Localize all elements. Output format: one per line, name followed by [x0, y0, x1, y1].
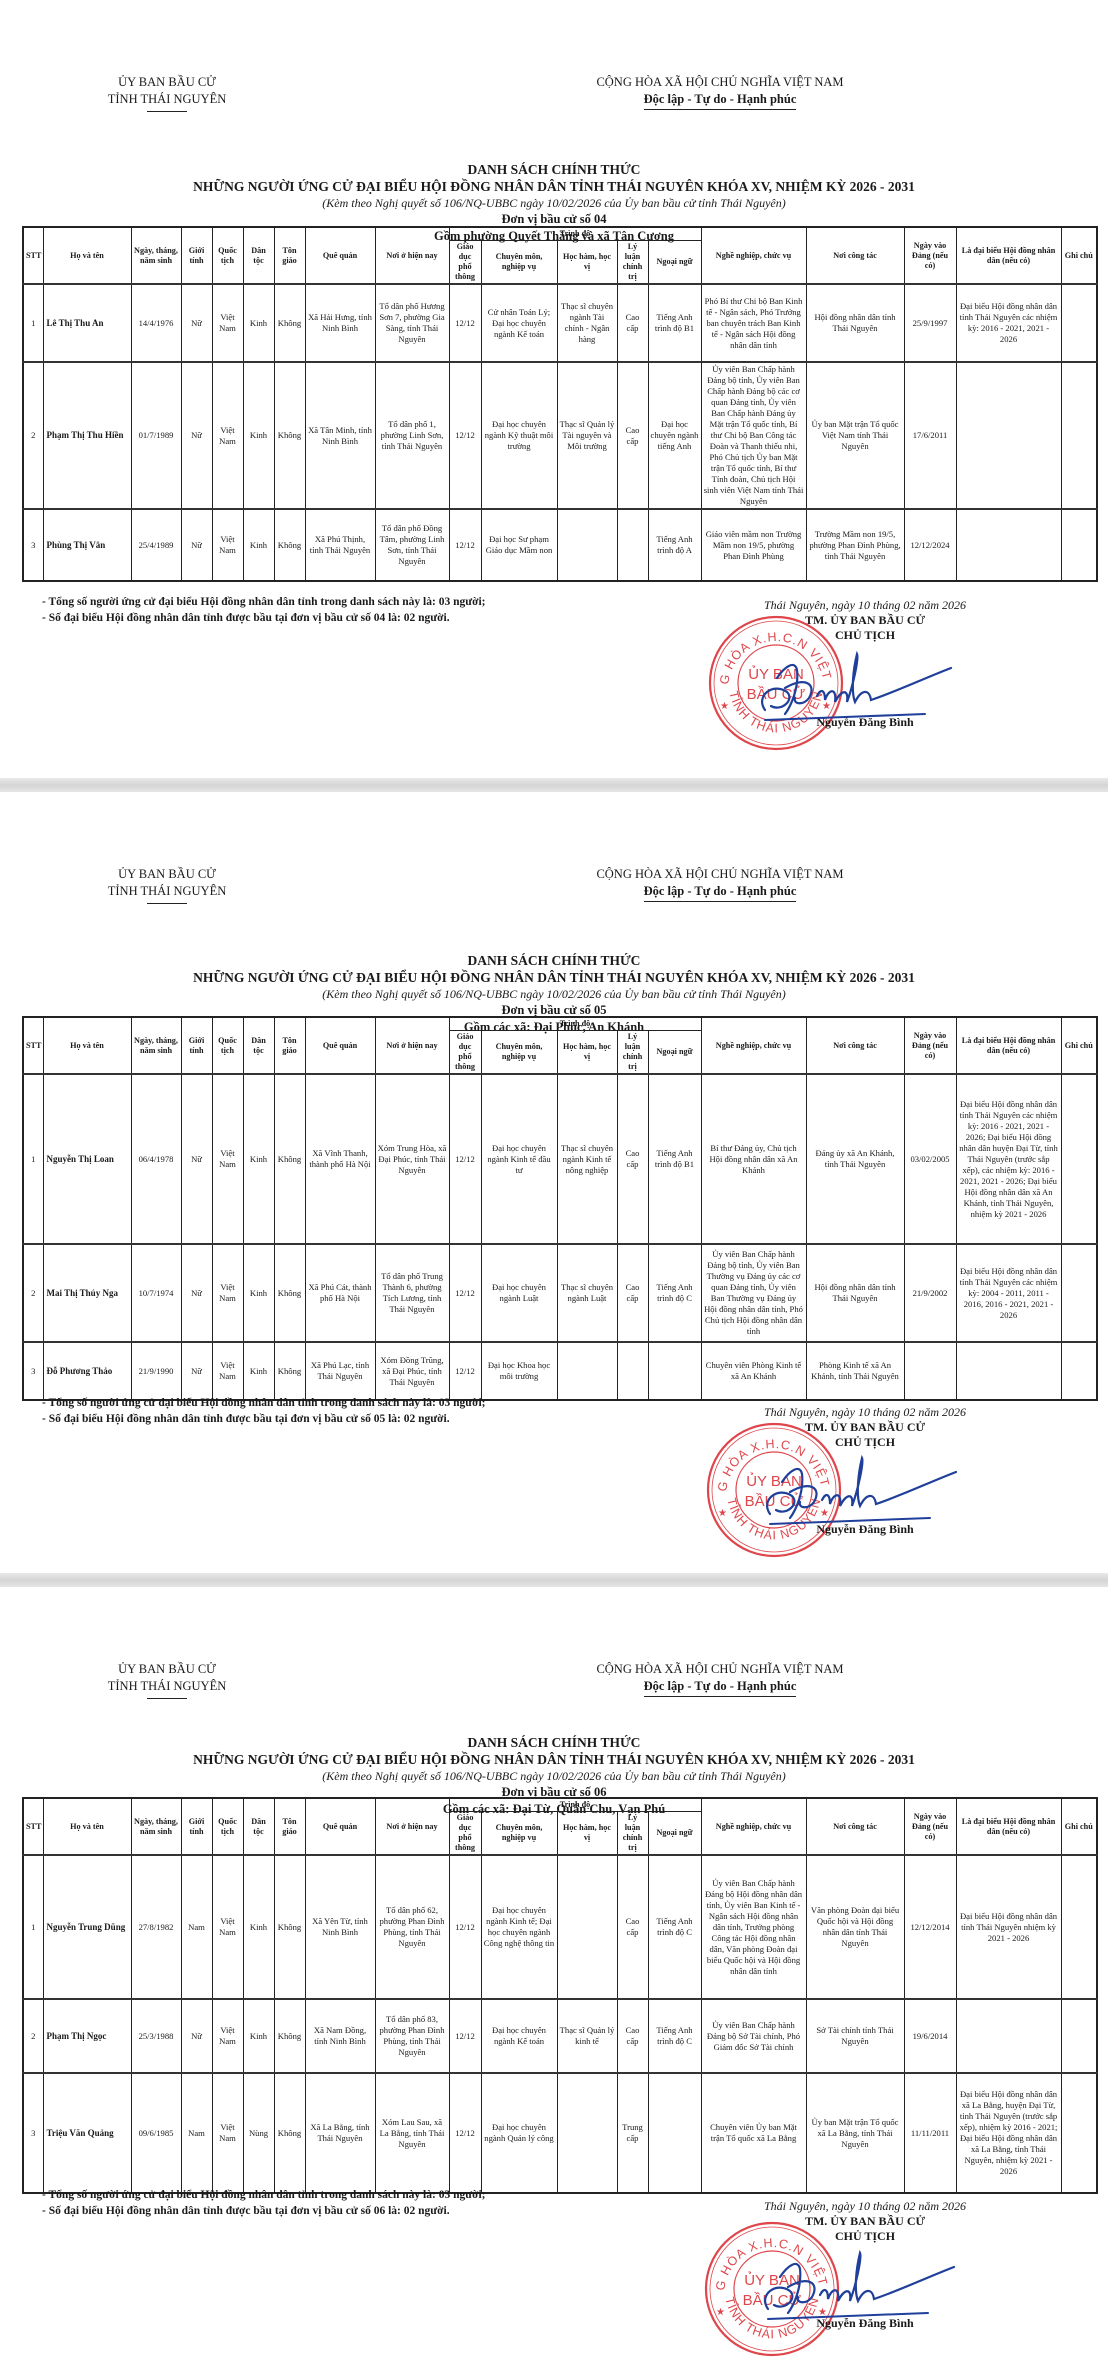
cell-general-edu: 12/12 — [449, 284, 481, 362]
cell-gender: Nữ — [181, 284, 212, 362]
col-nationality: Quốc tịch — [212, 1017, 243, 1074]
cell-note — [1061, 362, 1097, 509]
issuing-authority: ỦY BAN BẦU CỬ TỈNH THÁI NGUYÊN — [62, 74, 272, 108]
col-ethnicity: Dân tộc — [243, 1798, 274, 1855]
cell-gender: Nam — [181, 2073, 212, 2193]
cell-general-edu: 12/12 — [449, 1999, 481, 2073]
cell-hometown: Xã Vĩnh Thanh, thành phố Hà Nội — [305, 1074, 375, 1244]
cell-degree — [557, 509, 617, 581]
cell-residence: Xóm Đồng Trũng, xã Đại Phúc, tỉnh Thái N… — [375, 1342, 449, 1400]
cell-ethnicity: Nùng — [243, 2073, 274, 2193]
cell-party-date — [904, 1342, 956, 1400]
col-nationality: Quốc tịch — [212, 227, 243, 284]
cell-note — [1061, 509, 1097, 581]
cell-general-edu: 12/12 — [449, 1074, 481, 1244]
cell-residence: Tổ dân phố Trung Thành 6, phường Tích Lư… — [375, 1244, 449, 1342]
col-language: Ngoại ngữ — [648, 241, 701, 285]
document-viewer: ỦY BAN BẦU CỬ TỈNH THÁI NGUYÊN CỘNG HÒA … — [0, 0, 1108, 2371]
cell-gender: Nữ — [181, 1999, 212, 2073]
col-note: Ghi chú — [1061, 1017, 1097, 1074]
cell-specialty: Đại học chuyên ngành Kinh tế; Đại học ch… — [481, 1855, 557, 1999]
handwritten-signature-icon — [725, 648, 955, 728]
signing-organization: TM. ỦY BAN BẦU CỬ — [735, 2214, 995, 2229]
motto: Độc lập - Tự do - Hạnh phúc — [644, 91, 797, 110]
cell-specialty: Đại học Sư phạm Giáo dục Mầm non — [481, 509, 557, 581]
resolution-reference: (Kèm theo Nghị quyết số 106/NQ-UBBC ngày… — [0, 1768, 1108, 1784]
candidate-table: STT Họ và tên Ngày, tháng, năm sinh Giới… — [22, 226, 1098, 582]
cell-nationality: Việt Nam — [212, 509, 243, 581]
cell-nationality: Việt Nam — [212, 2073, 243, 2193]
cell-ethnicity: Kinh — [243, 1342, 274, 1400]
cell-language: Tiếng Anh trình độ A — [648, 509, 701, 581]
cell-nationality: Việt Nam — [212, 1999, 243, 2073]
col-dob: Ngày, tháng, năm sinh — [131, 1017, 181, 1074]
cell-religion: Không — [274, 2073, 305, 2193]
cell-workplace: Ủy ban Mặt trận Tổ quốc xã La Bằng, tỉnh… — [806, 2073, 904, 2193]
col-occupation: Nghề nghiệp, chức vụ — [701, 1798, 806, 1855]
place-and-date: Thái Nguyên, ngày 10 tháng 02 năm 2026 — [735, 1404, 995, 1420]
col-religion: Tôn giáo — [274, 227, 305, 284]
national-motto: CỘNG HÒA XÃ HỘI CHỦ NGHĨA VIỆT NAM Độc l… — [520, 866, 920, 902]
cell-name: Nguyễn Trung Dũng — [43, 1855, 131, 1999]
cell-workplace: Văn phòng Đoàn đại biểu Quốc hội và Hội … — [806, 1855, 904, 1999]
cell-specialty: Đại học chuyên ngành Kỹ thuật môi trường — [481, 362, 557, 509]
cell-workplace: Ủy ban Mặt trận Tổ quốc Việt Nam tỉnh Th… — [806, 362, 904, 509]
cell-gender: Nữ — [181, 1342, 212, 1400]
cell-nationality: Việt Nam — [212, 1855, 243, 1999]
candidate-rows: 1Nguyễn Trung Dũng27/8/1982NamViệt NamKi… — [23, 1855, 1097, 2193]
cell-note — [1061, 2073, 1097, 2193]
cell-residence: Xóm Trung Hòa, xã Đại Phúc, tỉnh Thái Ng… — [375, 1074, 449, 1244]
col-workplace: Nơi công tác — [806, 1798, 904, 1855]
summary-notes: - Tổng số người ứng cử đại biểu Hội đồng… — [42, 2187, 486, 2219]
cell-council — [956, 1342, 1061, 1400]
cell-council: Đại biểu Hội đồng nhân dân tỉnh Thái Ngu… — [956, 284, 1061, 362]
col-stt: STT — [23, 227, 43, 284]
document-page-3: ỦY BAN BẦU CỬ TỈNH THÁI NGUYÊN CỘNG HÒA … — [0, 1587, 1108, 2371]
cell-occupation: Ủy viên Ban Chấp hành Đảng bộ tỉnh, Ủy v… — [701, 362, 806, 509]
cell-general-edu: 12/12 — [449, 2073, 481, 2193]
cell-workplace: Hội đồng nhân dân tỉnh Thái Nguyên — [806, 284, 904, 362]
cell-language — [648, 2073, 701, 2193]
cell-general-edu: 12/12 — [449, 362, 481, 509]
authority-line-1: ỦY BAN BẦU CỬ — [62, 866, 272, 883]
note-total-candidates: - Tổng số người ứng cử đại biểu Hội đồng… — [42, 2187, 486, 2203]
note-elected-count: - Số đại biểu Hội đồng nhân dân tỉnh đượ… — [42, 610, 486, 626]
cell-dob: 06/4/1978 — [131, 1074, 181, 1244]
cell-dob: 25/4/1989 — [131, 509, 181, 581]
cell-gender: Nam — [181, 1855, 212, 1999]
cell-name: Nguyễn Thị Loan — [43, 1074, 131, 1244]
document-title: DANH SÁCH CHÍNH THỨC — [0, 161, 1108, 178]
col-politics: Lý luận chính trị — [617, 241, 648, 285]
col-council: Là đại biểu Hội đồng nhân dân (nếu có) — [956, 227, 1061, 284]
note-elected-count: - Số đại biểu Hội đồng nhân dân tỉnh đượ… — [42, 2203, 486, 2219]
cell-degree: Thạc sĩ Quản lý kinh tế — [557, 1999, 617, 2073]
resolution-reference: (Kèm theo Nghị quyết số 106/NQ-UBBC ngày… — [0, 986, 1108, 1002]
cell-dob: 27/8/1982 — [131, 1855, 181, 1999]
cell-occupation: Ủy viên Ban Chấp hành Đảng bộ tỉnh, Ủy v… — [701, 1244, 806, 1342]
table-row: 2Mai Thị Thúy Nga10/7/1974NữViệt NamKinh… — [23, 1244, 1097, 1342]
cell-council: Đại biểu Hội đồng nhân dân xã La Bằng, h… — [956, 2073, 1061, 2193]
col-name: Họ và tên — [43, 1798, 131, 1855]
col-stt: STT — [23, 1017, 43, 1074]
col-name: Họ và tên — [43, 227, 131, 284]
cell-ethnicity: Kinh — [243, 1855, 274, 1999]
cell-name: Lê Thị Thu An — [43, 284, 131, 362]
country-name: CỘNG HÒA XÃ HỘI CHỦ NGHĨA VIỆT NAM — [520, 866, 920, 883]
cell-stt: 2 — [23, 1244, 43, 1342]
col-education-group: Trình độ — [449, 1798, 701, 1812]
cell-specialty: Cử nhân Toán Lý; Đại học chuyên ngành Kế… — [481, 284, 557, 362]
cell-hometown: Xã Tân Minh, tỉnh Ninh Bình — [305, 362, 375, 509]
cell-politics: Cao cấp — [617, 1855, 648, 1999]
col-party-date: Ngày vào Đảng (nếu có) — [904, 227, 956, 284]
col-council: Là đại biểu Hội đồng nhân dân (nếu có) — [956, 1017, 1061, 1074]
cell-dob: 25/3/1988 — [131, 1999, 181, 2073]
col-council: Là đại biểu Hội đồng nhân dân (nếu có) — [956, 1798, 1061, 1855]
col-workplace: Nơi công tác — [806, 227, 904, 284]
signing-role: CHỦ TỊCH — [735, 628, 995, 643]
cell-degree — [557, 1342, 617, 1400]
signing-organization: TM. ỦY BAN BẦU CỬ — [735, 613, 995, 628]
col-gender: Giới tính — [181, 1017, 212, 1074]
issuing-authority: ỦY BAN BẦU CỬ TỈNH THÁI NGUYÊN — [62, 1661, 272, 1695]
col-workplace: Nơi công tác — [806, 1017, 904, 1074]
col-residence: Nơi ở hiện nay — [375, 1798, 449, 1855]
candidate-table: STT Họ và tên Ngày, tháng, năm sinh Giới… — [22, 1016, 1098, 1401]
cell-religion: Không — [274, 1999, 305, 2073]
cell-specialty: Đại học chuyên ngành Kế toán — [481, 1999, 557, 2073]
cell-occupation: Giáo viên mầm non Trường Mầm non 19/5, p… — [701, 509, 806, 581]
page-separator — [0, 778, 1108, 792]
signing-role: CHỦ TỊCH — [735, 2229, 995, 2244]
cell-politics — [617, 1342, 648, 1400]
cell-dob: 14/4/1976 — [131, 284, 181, 362]
cell-name: Phạm Thị Thu Hiền — [43, 362, 131, 509]
document-page-2: ỦY BAN BẦU CỬ TỈNH THÁI NGUYÊN CỘNG HÒA … — [0, 792, 1108, 1573]
country-name: CỘNG HÒA XÃ HỘI CHỦ NGHĨA VIỆT NAM — [520, 1661, 920, 1678]
cell-language: Tiếng Anh trình độ C — [648, 1999, 701, 2073]
cell-stt: 3 — [23, 509, 43, 581]
cell-politics: Cao cấp — [617, 1074, 648, 1244]
col-party-date: Ngày vào Đảng (nếu có) — [904, 1017, 956, 1074]
cell-degree: Thạc sĩ Quản lý Tài nguyên và Môi trường — [557, 362, 617, 509]
table-row: 1Nguyễn Thị Loan06/4/1978NữViệt NamKinhK… — [23, 1074, 1097, 1244]
cell-specialty: Đại học chuyên ngành Kinh tế đầu tư — [481, 1074, 557, 1244]
cell-note — [1061, 1855, 1097, 1999]
cell-general-edu: 12/12 — [449, 1244, 481, 1342]
table-row: 3Phùng Thị Vân25/4/1989NữViệt NamKinhKhô… — [23, 509, 1097, 581]
cell-specialty: Đại học Khoa học môi trường — [481, 1342, 557, 1400]
cell-degree: Thạc sĩ chuyên ngành Tài chính - Ngân hà… — [557, 284, 617, 362]
col-occupation: Nghề nghiệp, chức vụ — [701, 227, 806, 284]
cell-ethnicity: Kinh — [243, 1074, 274, 1244]
cell-language: Tiếng Anh trình độ C — [648, 1244, 701, 1342]
cell-language: Tiếng Anh trình độ B1 — [648, 1074, 701, 1244]
cell-specialty: Đại học chuyên ngành Quản lý công — [481, 2073, 557, 2193]
cell-residence: Tổ dân phố Hương Sơn 7, phường Gia Sàng,… — [375, 284, 449, 362]
cell-occupation: Chuyên viên Ủy ban Mặt trận Tổ quốc xã L… — [701, 2073, 806, 2193]
cell-politics: Cao cấp — [617, 1244, 648, 1342]
cell-occupation: Ủy viên Ban Chấp hành Đảng bộ Hội đồng n… — [701, 1855, 806, 1999]
cell-politics: Cao cấp — [617, 284, 648, 362]
table-row: 2Phạm Thị Thu Hiền01/7/1989NữViệt NamKin… — [23, 362, 1097, 509]
cell-degree — [557, 1855, 617, 1999]
summary-notes: - Tổng số người ứng cử đại biểu Hội đồng… — [42, 1395, 486, 1427]
col-general-edu: Giáo dục phổ thông — [449, 241, 481, 285]
document-title: DANH SÁCH CHÍNH THỨC — [0, 1734, 1108, 1751]
col-religion: Tôn giáo — [274, 1017, 305, 1074]
motto: Độc lập - Tự do - Hạnh phúc — [644, 1678, 797, 1697]
candidate-rows: 1Lê Thị Thu An14/4/1976NữViệt NamKinhKhô… — [23, 284, 1097, 581]
col-residence: Nơi ở hiện nay — [375, 1017, 449, 1074]
national-motto: CỘNG HÒA XÃ HỘI CHỦ NGHĨA VIỆT NAM Độc l… — [520, 1661, 920, 1697]
svg-text:★: ★ — [718, 1508, 727, 1519]
col-politics: Lý luận chính trị — [617, 1812, 648, 1856]
col-specialty: Chuyên môn, nghiệp vụ — [481, 1031, 557, 1075]
table-row: 1Nguyễn Trung Dũng27/8/1982NamViệt NamKi… — [23, 1855, 1097, 1999]
col-specialty: Chuyên môn, nghiệp vụ — [481, 241, 557, 285]
place-and-date: Thái Nguyên, ngày 10 tháng 02 năm 2026 — [735, 597, 995, 613]
issuing-authority: ỦY BAN BẦU CỬ TỈNH THÁI NGUYÊN — [62, 866, 272, 900]
cell-party-date: 21/9/2002 — [904, 1244, 956, 1342]
cell-language: Đại học chuyên ngành tiếng Anh — [648, 362, 701, 509]
col-residence: Nơi ở hiện nay — [375, 227, 449, 284]
cell-nationality: Việt Nam — [212, 1342, 243, 1400]
cell-ethnicity: Kinh — [243, 509, 274, 581]
cell-stt: 1 — [23, 284, 43, 362]
cell-nationality: Việt Nam — [212, 284, 243, 362]
place-and-date: Thái Nguyên, ngày 10 tháng 02 năm 2026 — [735, 2198, 995, 2214]
col-education-group: Trình độ — [449, 1017, 701, 1031]
cell-language: Tiếng Anh trình độ C — [648, 1855, 701, 1999]
col-gender: Giới tính — [181, 227, 212, 284]
col-religion: Tôn giáo — [274, 1798, 305, 1855]
col-occupation: Nghề nghiệp, chức vụ — [701, 1017, 806, 1074]
col-hometown: Quê quán — [305, 1017, 375, 1074]
cell-name: Đỗ Phương Thảo — [43, 1342, 131, 1400]
col-degree: Học hàm, học vị — [557, 1812, 617, 1856]
country-name: CỘNG HÒA XÃ HỘI CHỦ NGHĨA VIỆT NAM — [520, 74, 920, 91]
note-total-candidates: - Tổng số người ứng cử đại biểu Hội đồng… — [42, 594, 486, 610]
col-hometown: Quê quán — [305, 1798, 375, 1855]
cell-council: Đại biểu Hội đồng nhân dân tỉnh Thái Ngu… — [956, 1244, 1061, 1342]
handwritten-signature-icon — [728, 2247, 958, 2327]
cell-hometown: Xã Hải Hưng, tỉnh Ninh Bình — [305, 284, 375, 362]
col-note: Ghi chú — [1061, 227, 1097, 284]
cell-council — [956, 362, 1061, 509]
cell-hometown: Xã Phú Cát, thành phố Hà Nội — [305, 1244, 375, 1342]
col-specialty: Chuyên môn, nghiệp vụ — [481, 1812, 557, 1856]
document-page-1: ỦY BAN BẦU CỬ TỈNH THÁI NGUYÊN CỘNG HÒA … — [0, 0, 1108, 778]
cell-gender: Nữ — [181, 362, 212, 509]
cell-residence: Tổ dân phố Đồng Tâm, phường Linh Sơn, tỉ… — [375, 509, 449, 581]
col-note: Ghi chú — [1061, 1798, 1097, 1855]
document-subtitle: NHỮNG NGƯỜI ỨNG CỬ ĐẠI BIỂU HỘI ĐỒNG NHÂ… — [0, 969, 1108, 986]
cell-occupation: Bí thư Đảng ủy, Chủ tịch Hội đồng nhân d… — [701, 1074, 806, 1244]
cell-note — [1061, 1999, 1097, 2073]
note-total-candidates: - Tổng số người ứng cử đại biểu Hội đồng… — [42, 1395, 486, 1411]
cell-council: Đại biểu Hội đồng nhân dân tỉnh Thái Ngu… — [956, 1855, 1061, 1999]
cell-hometown: Xã Phú Lạc, tỉnh Thái Nguyên — [305, 1342, 375, 1400]
cell-general-edu: 12/12 — [449, 1342, 481, 1400]
cell-hometown: Xã Nam Đồng, tỉnh Ninh Bình — [305, 1999, 375, 2073]
cell-religion: Không — [274, 362, 305, 509]
col-name: Họ và tên — [43, 1017, 131, 1074]
table-row: 3Triệu Văn Quảng09/6/1985NamViệt NamNùng… — [23, 2073, 1097, 2193]
cell-degree — [557, 2073, 617, 2193]
summary-notes: - Tổng số người ứng cử đại biểu Hội đồng… — [42, 594, 486, 626]
candidate-rows: 1Nguyễn Thị Loan06/4/1978NữViệt NamKinhK… — [23, 1074, 1097, 1400]
cell-ethnicity: Kinh — [243, 362, 274, 509]
cell-workplace: Trường Mầm non 19/5, phường Phan Đình Ph… — [806, 509, 904, 581]
col-party-date: Ngày vào Đảng (nếu có) — [904, 1798, 956, 1855]
cell-name: Triệu Văn Quảng — [43, 2073, 131, 2193]
col-ethnicity: Dân tộc — [243, 227, 274, 284]
col-stt: STT — [23, 1798, 43, 1855]
cell-party-date: 17/6/2011 — [904, 362, 956, 509]
cell-party-date: 12/12/2014 — [904, 1855, 956, 1999]
national-motto: CỘNG HÒA XÃ HỘI CHỦ NGHĨA VIỆT NAM Độc l… — [520, 74, 920, 110]
cell-residence: Tổ dân phố 62, phường Phan Đình Phùng, t… — [375, 1855, 449, 1999]
document-subtitle: NHỮNG NGƯỜI ỨNG CỬ ĐẠI BIỂU HỘI ĐỒNG NHÂ… — [0, 1751, 1108, 1768]
col-hometown: Quê quán — [305, 227, 375, 284]
cell-party-date: 19/6/2014 — [904, 1999, 956, 2073]
cell-stt: 1 — [23, 1855, 43, 1999]
col-degree: Học hàm, học vị — [557, 1031, 617, 1075]
cell-stt: 2 — [23, 362, 43, 509]
authority-line-2: TỈNH THÁI NGUYÊN — [108, 883, 227, 900]
cell-gender: Nữ — [181, 1244, 212, 1342]
cell-nationality: Việt Nam — [212, 1244, 243, 1342]
cell-religion: Không — [274, 509, 305, 581]
col-education-group: Trình độ — [449, 227, 701, 241]
cell-religion: Không — [274, 284, 305, 362]
cell-politics: Cao cấp — [617, 362, 648, 509]
signing-role: CHỦ TỊCH — [735, 1435, 995, 1450]
cell-general-edu: 12/12 — [449, 1855, 481, 1999]
cell-dob: 10/7/1974 — [131, 1244, 181, 1342]
cell-council — [956, 509, 1061, 581]
col-general-edu: Giáo dục phổ thông — [449, 1031, 481, 1075]
cell-hometown: Xã Phú Thịnh, tỉnh Thái Nguyên — [305, 509, 375, 581]
cell-party-date: 25/9/1997 — [904, 284, 956, 362]
table-row: 1Lê Thị Thu An14/4/1976NữViệt NamKinhKhô… — [23, 284, 1097, 362]
cell-gender: Nữ — [181, 509, 212, 581]
col-ethnicity: Dân tộc — [243, 1017, 274, 1074]
cell-politics: Trung cấp — [617, 2073, 648, 2193]
cell-degree: Thạc sĩ chuyên ngành Luật — [557, 1244, 617, 1342]
cell-name: Mai Thị Thúy Nga — [43, 1244, 131, 1342]
cell-stt: 3 — [23, 2073, 43, 2193]
cell-occupation: Chuyên viên Phòng Kinh tế xã An Khánh — [701, 1342, 806, 1400]
cell-party-date: 03/02/2005 — [904, 1074, 956, 1244]
candidate-table: STT Họ và tên Ngày, tháng, năm sinh Giới… — [22, 1797, 1098, 2194]
col-language: Ngoại ngữ — [648, 1031, 701, 1075]
cell-party-date: 12/12/2024 — [904, 509, 956, 581]
cell-ethnicity: Kinh — [243, 1244, 274, 1342]
authority-line-1: ỦY BAN BẦU CỬ — [62, 1661, 272, 1678]
cell-residence: Tổ dân phố 83, phường Phan Đình Phùng, t… — [375, 1999, 449, 2073]
cell-ethnicity: Kinh — [243, 1999, 274, 2073]
document-subtitle: NHỮNG NGƯỜI ỨNG CỬ ĐẠI BIỂU HỘI ĐỒNG NHÂ… — [0, 178, 1108, 195]
cell-workplace: Hội đồng nhân dân tỉnh Thái Nguyên — [806, 1244, 904, 1342]
table-row: 2Phạm Thị Ngọc25/3/1988NữViệt NamKinhKhô… — [23, 1999, 1097, 2073]
cell-general-edu: 12/12 — [449, 509, 481, 581]
authority-line-2: TỈNH THÁI NGUYÊN — [108, 91, 227, 108]
cell-note — [1061, 1244, 1097, 1342]
cell-nationality: Việt Nam — [212, 1074, 243, 1244]
cell-stt: 2 — [23, 1999, 43, 2073]
cell-gender: Nữ — [181, 1074, 212, 1244]
cell-politics: Cao cấp — [617, 1999, 648, 2073]
col-nationality: Quốc tịch — [212, 1798, 243, 1855]
cell-dob: 21/9/1990 — [131, 1342, 181, 1400]
cell-name: Phạm Thị Ngọc — [43, 1999, 131, 2073]
cell-dob: 01/7/1989 — [131, 362, 181, 509]
table-row: 3Đỗ Phương Thảo21/9/1990NữViệt NamKinhKh… — [23, 1342, 1097, 1400]
cell-note — [1061, 1074, 1097, 1244]
motto: Độc lập - Tự do - Hạnh phúc — [644, 883, 797, 902]
svg-text:★: ★ — [716, 2307, 725, 2318]
signing-organization: TM. ỦY BAN BẦU CỬ — [735, 1420, 995, 1435]
note-elected-count: - Số đại biểu Hội đồng nhân dân tỉnh đượ… — [42, 1411, 486, 1427]
cell-stt: 1 — [23, 1074, 43, 1244]
col-degree: Học hàm, học vị — [557, 241, 617, 285]
cell-language: Tiếng Anh trình độ B1 — [648, 284, 701, 362]
cell-politics — [617, 509, 648, 581]
col-language: Ngoại ngữ — [648, 1812, 701, 1856]
resolution-reference: (Kèm theo Nghị quyết số 106/NQ-UBBC ngày… — [0, 195, 1108, 211]
cell-hometown: Xã Yên Từ, tỉnh Ninh Bình — [305, 1855, 375, 1999]
cell-religion: Không — [274, 1342, 305, 1400]
authority-line-2: TỈNH THÁI NGUYÊN — [108, 1678, 227, 1695]
cell-religion: Không — [274, 1855, 305, 1999]
col-dob: Ngày, tháng, năm sinh — [131, 1798, 181, 1855]
page-separator — [0, 1573, 1108, 1587]
cell-residence: Xóm Lau Sau, xã La Bằng, tỉnh Thái Nguyê… — [375, 2073, 449, 2193]
cell-language — [648, 1342, 701, 1400]
col-dob: Ngày, tháng, năm sinh — [131, 227, 181, 284]
col-gender: Giới tính — [181, 1798, 212, 1855]
cell-degree: Thạc sĩ chuyên ngành Kinh tế nông nghiệp — [557, 1074, 617, 1244]
cell-workplace: Đảng ủy xã An Khánh, tỉnh Thái Nguyên — [806, 1074, 904, 1244]
cell-workplace: Sở Tài chính tỉnh Thái Nguyên — [806, 1999, 904, 2073]
cell-stt: 3 — [23, 1342, 43, 1400]
cell-dob: 09/6/1985 — [131, 2073, 181, 2193]
cell-residence: Tổ dân phố 1, phường Linh Sơn, tỉnh Thái… — [375, 362, 449, 509]
cell-name: Phùng Thị Vân — [43, 509, 131, 581]
col-general-edu: Giáo dục phổ thông — [449, 1812, 481, 1856]
cell-note — [1061, 1342, 1097, 1400]
cell-religion: Không — [274, 1244, 305, 1342]
handwritten-signature-icon — [730, 1452, 960, 1532]
document-title: DANH SÁCH CHÍNH THỨC — [0, 952, 1108, 969]
cell-occupation: Ủy viên Ban Chấp hành Đảng bộ Sở Tài chí… — [701, 1999, 806, 2073]
cell-religion: Không — [274, 1074, 305, 1244]
cell-note — [1061, 284, 1097, 362]
cell-hometown: Xã La Bằng, tỉnh Thái Nguyên — [305, 2073, 375, 2193]
authority-line-1: ỦY BAN BẦU CỬ — [62, 74, 272, 91]
cell-party-date: 11/11/2011 — [904, 2073, 956, 2193]
col-politics: Lý luận chính trị — [617, 1031, 648, 1075]
cell-nationality: Việt Nam — [212, 362, 243, 509]
cell-ethnicity: Kinh — [243, 284, 274, 362]
cell-workplace: Phòng Kinh tế xã An Khánh, tỉnh Thái Ngu… — [806, 1342, 904, 1400]
cell-occupation: Phó Bí thư Chi bộ Ban Kinh tế - Ngân sác… — [701, 284, 806, 362]
cell-specialty: Đại học chuyên ngành Luật — [481, 1244, 557, 1342]
